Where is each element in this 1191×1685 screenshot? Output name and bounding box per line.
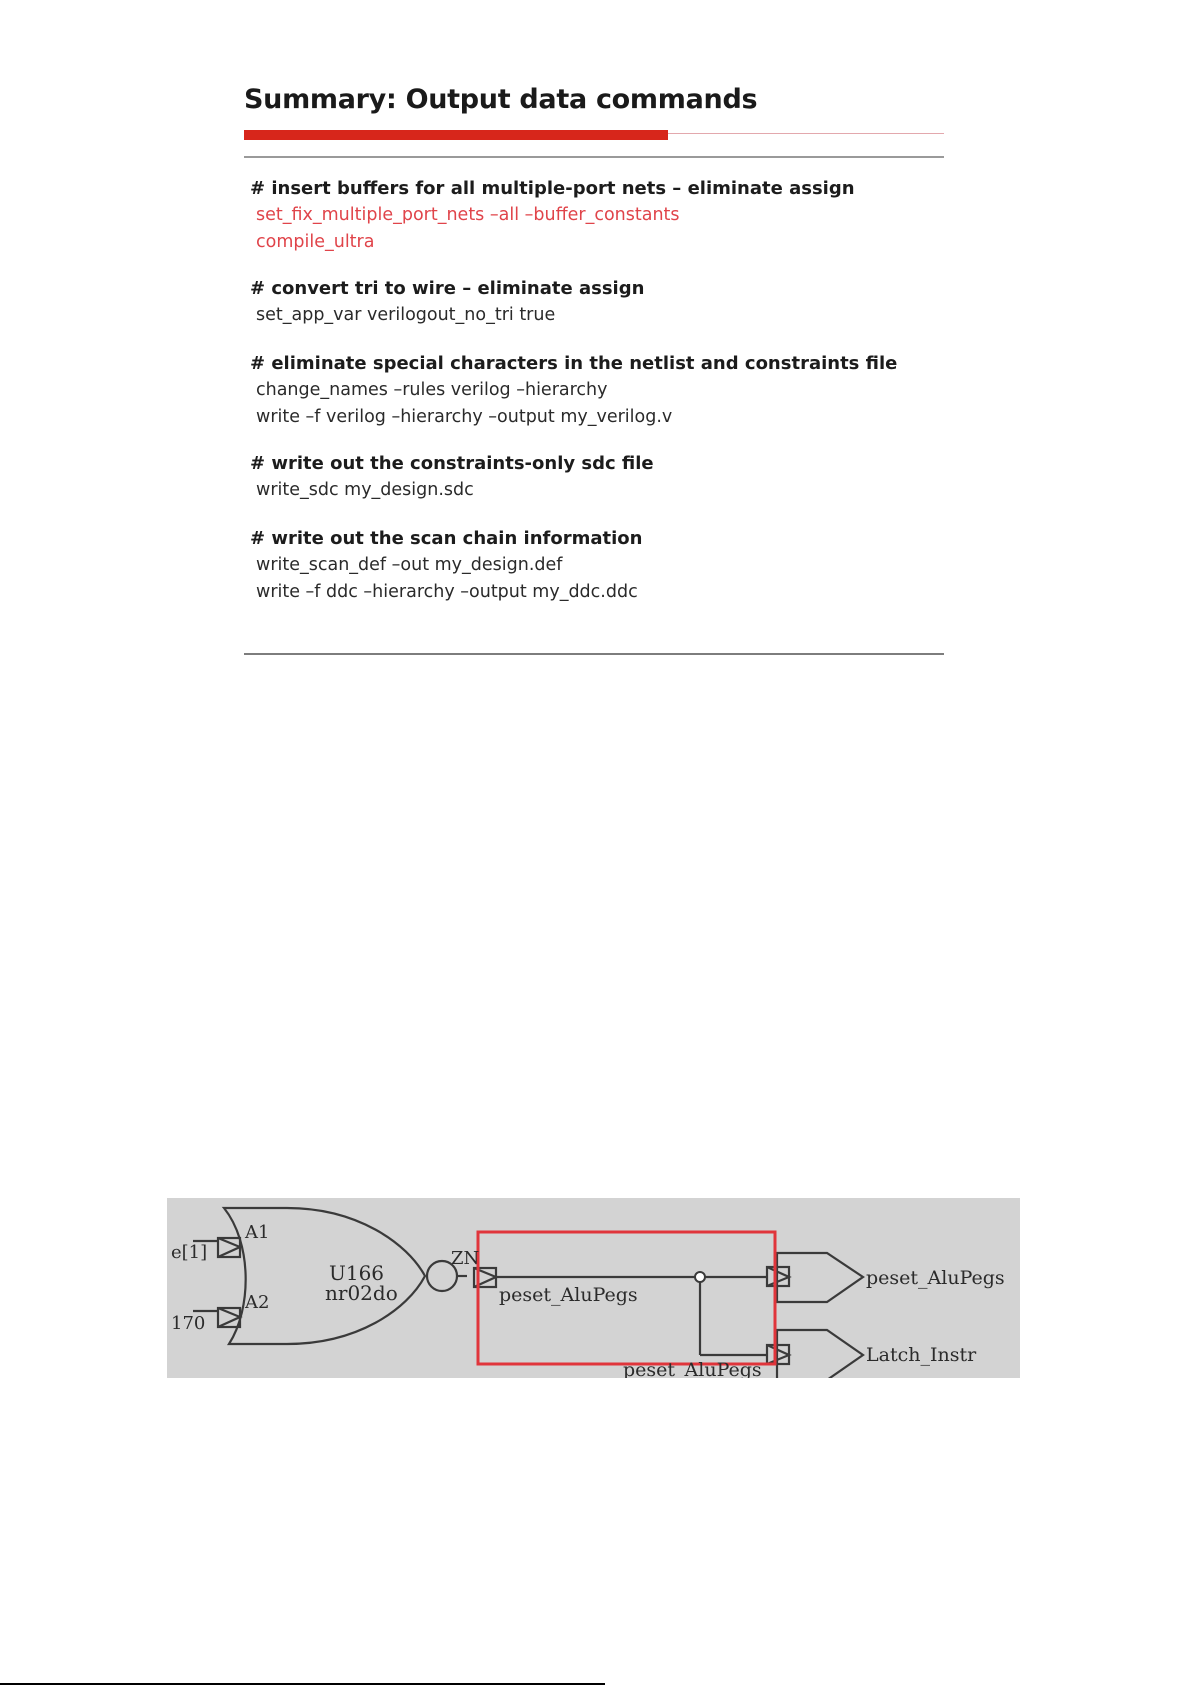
gate-cell-label: nr02do	[325, 1281, 398, 1305]
section-scan-chain: # write out the scan chain information w…	[250, 526, 642, 606]
command-line: write –f verilog –hierarchy –output my_v…	[250, 404, 897, 431]
output-port-label: peset_AluPegs	[866, 1267, 1005, 1289]
section-insert-buffers: # insert buffers for all multiple-port n…	[250, 176, 855, 256]
pin-label-zn: ZN	[451, 1248, 479, 1269]
net-label: peset_AluPegs	[623, 1359, 762, 1378]
command-line: write_scan_def –out my_design.def	[250, 552, 642, 579]
section-comment: # write out the scan chain information	[250, 526, 642, 552]
command-line: set_app_var verilogout_no_tri true	[250, 302, 644, 329]
pin-label-a2: A2	[244, 1292, 269, 1313]
schematic-figure: A1 e[1] A2 170 U166 nr02do ZN peset_AluP…	[167, 1198, 1020, 1378]
input-net-label: 170	[171, 1313, 205, 1334]
schematic-drawing: A1 e[1] A2 170 U166 nr02do ZN peset_AluP…	[167, 1198, 1020, 1378]
divider-bottom	[244, 653, 944, 655]
section-write-sdc: # write out the constraints-only sdc fil…	[250, 451, 654, 504]
slide: Summary: Output data commands # insert b…	[244, 80, 944, 655]
slide-title: Summary: Output data commands	[244, 84, 757, 115]
junction-dot-icon	[695, 1272, 705, 1282]
command-line: write –f ddc –hierarchy –output my_ddc.d…	[250, 579, 642, 606]
net-label: peset_AluPegs	[499, 1284, 638, 1306]
section-comment: # insert buffers for all multiple-port n…	[250, 176, 855, 202]
command-line: compile_ultra	[250, 229, 855, 256]
pin-label-a1: A1	[244, 1222, 269, 1243]
command-line: write_sdc my_design.sdc	[250, 477, 654, 504]
output-port-label: Latch_Instr	[866, 1344, 977, 1366]
command-line: set_fix_multiple_port_nets –all –buffer_…	[250, 202, 855, 229]
section-special-characters: # eliminate special characters in the ne…	[250, 351, 897, 431]
accent-line	[668, 133, 944, 134]
section-convert-tri: # convert tri to wire – eliminate assign…	[250, 276, 644, 329]
section-comment: # write out the constraints-only sdc fil…	[250, 451, 654, 477]
input-net-label: e[1]	[171, 1242, 207, 1263]
accent-bar	[244, 130, 668, 140]
divider-top	[244, 156, 944, 158]
command-line: change_names –rules verilog –hierarchy	[250, 377, 897, 404]
section-comment: # convert tri to wire – eliminate assign	[250, 276, 644, 302]
section-comment: # eliminate special characters in the ne…	[250, 351, 897, 377]
